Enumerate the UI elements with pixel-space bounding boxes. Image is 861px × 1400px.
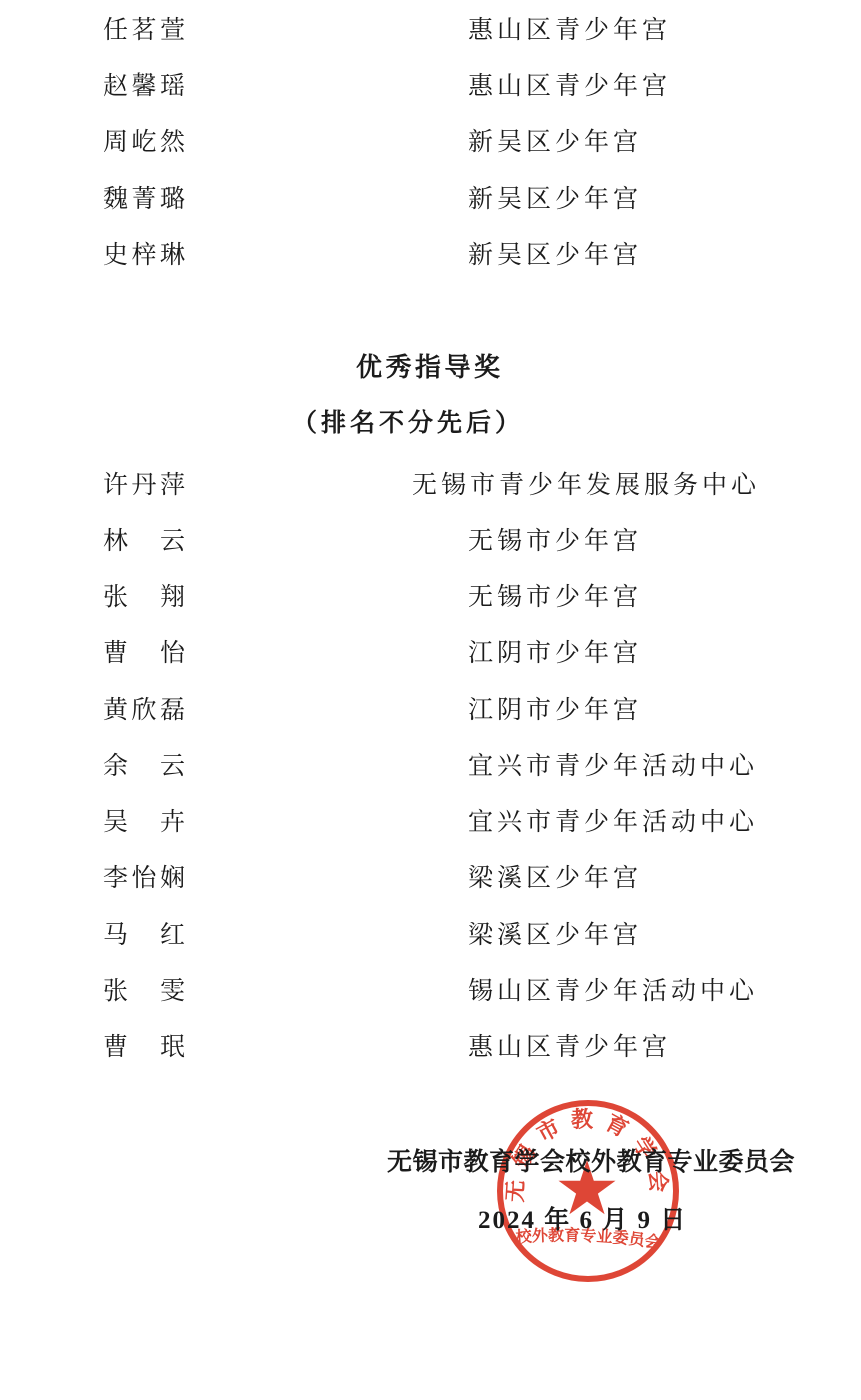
table-row: 张 雯 锡山区青少年活动中心 [0,977,861,1007]
recipient-organization: 无锡市少年宫 [468,583,642,613]
recipient-organization: 无锡市少年宫 [468,527,642,557]
table-row: 林 云 无锡市少年宫 [0,527,861,557]
recipient-name: 余 云 [103,752,189,782]
recipient-organization: 惠山区青少年宫 [468,16,671,46]
recipient-organization: 锡山区青少年活动中心 [468,977,758,1007]
recipient-organization: 宜兴市青少年活动中心 [468,808,758,838]
recipient-organization: 新吴区少年宫 [468,241,642,271]
table-row: 马 红 梁溪区少年宫 [0,921,861,951]
recipient-organization: 梁溪区少年宫 [468,921,642,951]
table-row: 任茗萱 惠山区青少年宫 [0,16,861,46]
signature-date: 2024 年 6 月 9 日 [478,1206,687,1236]
recipient-organization: 梁溪区少年宫 [468,864,642,894]
recipient-name: 史梓琳 [103,241,189,271]
recipient-name: 曹 怡 [103,639,189,669]
recipient-organization: 宜兴市青少年活动中心 [468,752,758,782]
table-row: 李怡娴 梁溪区少年宫 [0,864,861,894]
table-row: 许丹萍 无锡市青少年发展服务中心 [0,471,861,501]
section-title: 优秀指导奖 [356,352,504,384]
recipient-organization: 江阴市少年宫 [468,639,642,669]
table-row: 吴 卉 宜兴市青少年活动中心 [0,808,861,838]
recipient-organization: 惠山区青少年宫 [468,72,671,102]
table-row: 余 云 宜兴市青少年活动中心 [0,752,861,782]
recipient-name: 林 云 [103,527,189,557]
table-row: 赵馨瑶 惠山区青少年宫 [0,72,861,102]
recipient-organization: 无锡市青少年发展服务中心 [412,471,760,501]
table-row: 黄欣磊 江阴市少年宫 [0,696,861,726]
table-row: 张 翔 无锡市少年宫 [0,583,861,613]
recipient-organization: 惠山区青少年宫 [468,1033,671,1063]
recipient-name: 任茗萱 [103,16,189,46]
table-row: 曹 珉 惠山区青少年宫 [0,1033,861,1063]
document-page: 无锡市教育学会 校外教育专业委员会 任茗萱 惠山区青少年宫 赵馨瑶 惠山区青少年… [0,0,861,1400]
recipient-name: 黄欣磊 [103,696,189,726]
recipient-name: 张 翔 [103,583,189,613]
table-row: 魏菁璐 新吴区少年宫 [0,185,861,215]
recipient-name: 周屹然 [103,128,189,158]
recipient-name: 魏菁璐 [103,185,189,215]
signature-organization: 无锡市教育学会校外教育专业委员会 [387,1148,795,1178]
recipient-name: 赵馨瑶 [103,72,189,102]
recipient-organization: 江阴市少年宫 [468,696,642,726]
recipient-organization: 新吴区少年宫 [468,185,642,215]
recipient-name: 吴 卉 [103,808,189,838]
recipient-name: 张 雯 [103,977,189,1007]
table-row: 曹 怡 江阴市少年宫 [0,639,861,669]
table-row: 史梓琳 新吴区少年宫 [0,241,861,271]
text-layer: 任茗萱 惠山区青少年宫 赵馨瑶 惠山区青少年宫 周屹然 新吴区少年宫 魏菁璐 新… [0,0,861,1400]
table-row: 周屹然 新吴区少年宫 [0,128,861,158]
recipient-name: 曹 珉 [103,1033,189,1063]
section-subtitle: （排名不分先后） [292,408,524,440]
recipient-name: 许丹萍 [103,471,189,501]
recipient-name: 马 红 [103,921,189,951]
recipient-name: 李怡娴 [103,864,189,894]
recipient-organization: 新吴区少年宫 [468,128,642,158]
